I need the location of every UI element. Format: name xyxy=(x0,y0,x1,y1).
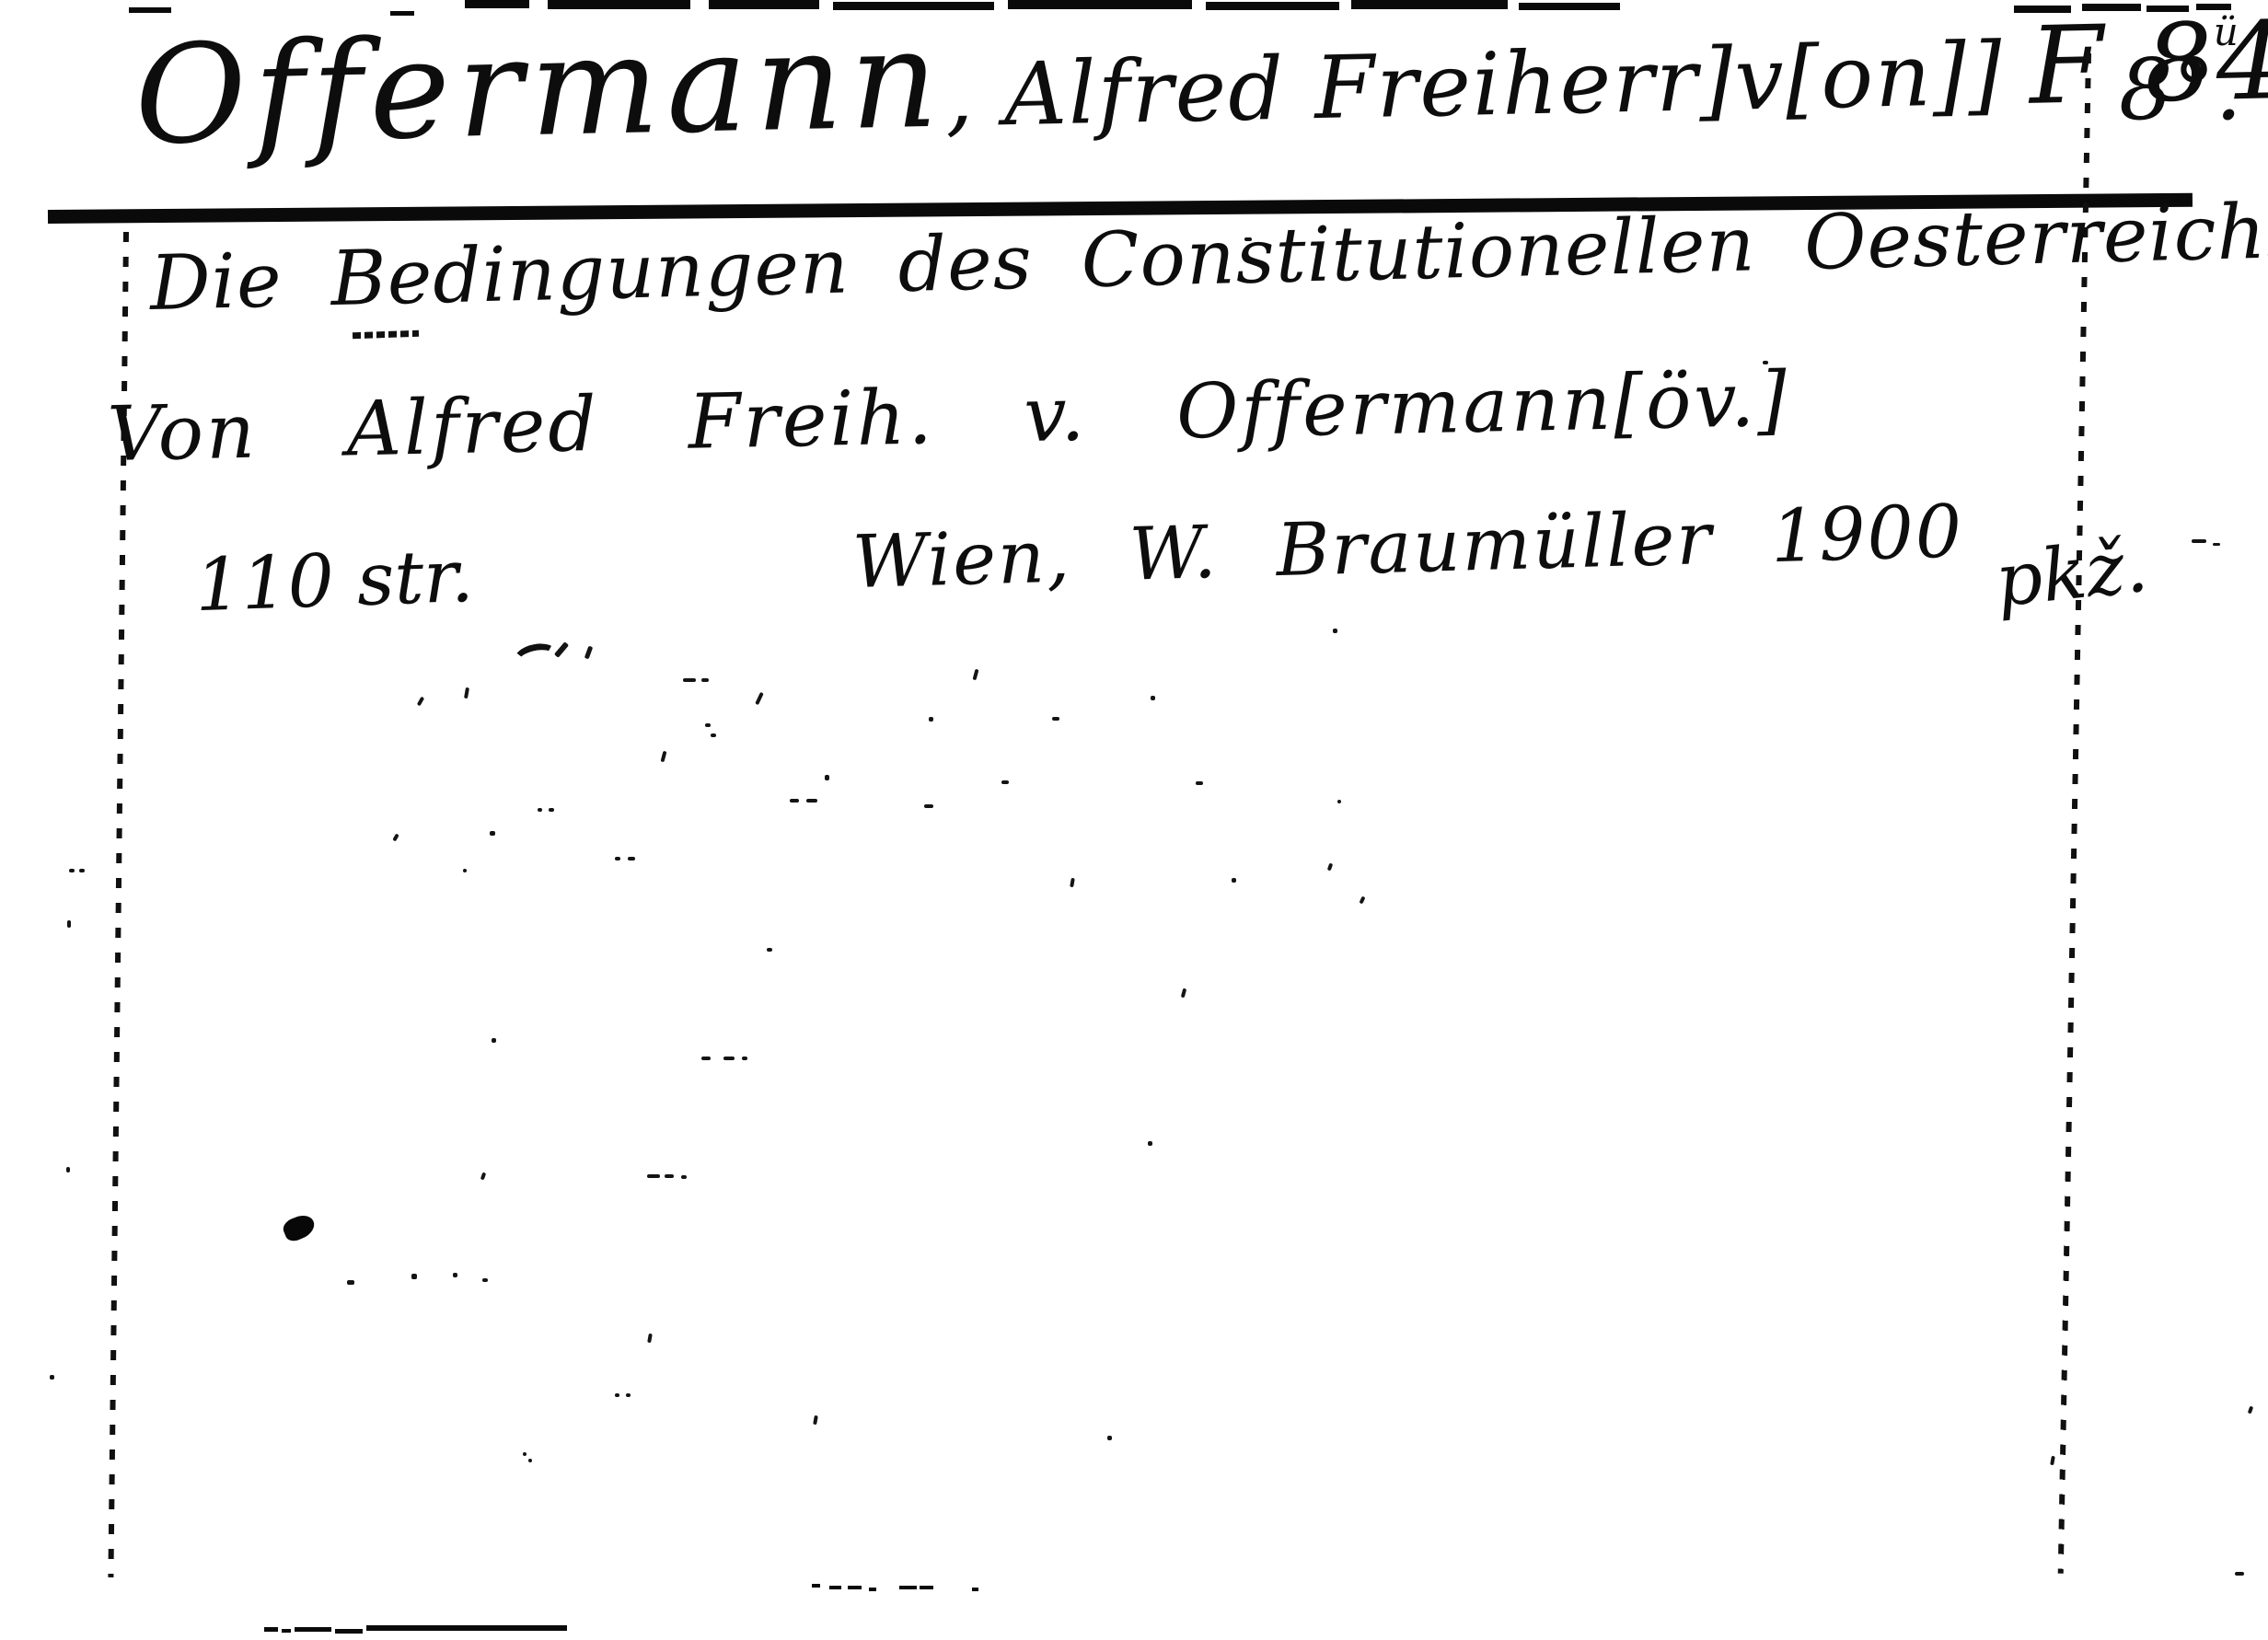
ink-speck xyxy=(464,687,469,699)
ink-speck xyxy=(767,948,772,952)
ink-speck xyxy=(417,697,424,707)
ink-speck xyxy=(2050,1456,2055,1466)
format-designation: ü 8°. xyxy=(2119,48,2242,133)
scan-edge-artifact-bottom xyxy=(848,1586,862,1589)
ink-speck xyxy=(482,1278,488,1282)
ink-speck xyxy=(681,1175,687,1179)
ink-speck xyxy=(492,1038,496,1043)
scan-edge-artifact-top xyxy=(465,0,529,8)
ink-speck xyxy=(1148,1141,1152,1146)
ink-speck xyxy=(480,1172,486,1181)
extent-text: 110 str. xyxy=(193,534,474,628)
right-margin-dotted-line xyxy=(2058,53,2091,1574)
ink-speck xyxy=(1196,781,1203,785)
imprint: Wien, W. Braumüller 1900 xyxy=(851,495,1964,599)
ink-speck xyxy=(665,1174,674,1178)
ink-speck xyxy=(411,1274,417,1279)
scan-edge-artifact-bottom xyxy=(264,1627,278,1632)
heading-line: Offermann, Alfred Freiherr]v[on]]F 849. xyxy=(133,0,2268,164)
ink-speck xyxy=(2235,1572,2244,1576)
ink-speck xyxy=(50,1375,54,1380)
ink-speck xyxy=(647,1174,660,1178)
ink-speck xyxy=(538,808,542,812)
ink-speck xyxy=(615,857,620,860)
scan-edge-artifact-bottom xyxy=(366,1625,567,1631)
ink-blob-artifact xyxy=(281,1212,318,1244)
ink-speck xyxy=(929,717,933,722)
scan-edge-artifact-bottom xyxy=(282,1629,291,1633)
ink-speck xyxy=(69,869,75,872)
cataloguer-mark-text: pkž. xyxy=(1992,524,2152,624)
ink-speck xyxy=(1151,696,1155,700)
ink-speck xyxy=(453,1273,457,1277)
ink-speck xyxy=(1070,878,1075,888)
scan-edge-artifact-bottom xyxy=(295,1627,331,1632)
author-name-qualifier: , Alfred Freiherr]v[on]] xyxy=(944,25,2005,147)
format-annotation-mark: ü xyxy=(2214,13,2239,52)
ink-speck xyxy=(528,1459,532,1462)
ink-speck xyxy=(1333,629,1337,633)
catalog-card-scan: Offermann, Alfred Freiherr]v[on]]F 849. … xyxy=(0,0,2268,1640)
scan-edge-artifact-bottom xyxy=(869,1588,876,1591)
ink-speck xyxy=(615,1393,619,1397)
ink-speck xyxy=(806,799,817,803)
ink-speck xyxy=(79,869,85,872)
ink-speck xyxy=(1181,988,1186,999)
ink-speck xyxy=(1052,717,1059,721)
imprint-text: Wien, W. Braumüller 1900 xyxy=(851,489,1964,605)
author-name: Offermann xyxy=(133,0,947,175)
ink-speck xyxy=(2213,543,2220,546)
insertion-mark xyxy=(353,330,419,340)
format-value: 8°. xyxy=(2119,40,2242,139)
ink-speck xyxy=(1337,800,1341,803)
ink-speck xyxy=(813,1415,818,1426)
scan-edge-artifact-top xyxy=(129,7,171,13)
ink-speck xyxy=(701,678,709,682)
ink-speck xyxy=(626,1393,631,1397)
ink-speck xyxy=(1001,780,1009,784)
ink-speck xyxy=(66,1167,70,1172)
scan-edge-artifact-bottom xyxy=(899,1586,917,1589)
ink-speck xyxy=(755,692,764,705)
ink-speck xyxy=(790,799,799,803)
ink-speck xyxy=(723,1057,735,1060)
ink-speck xyxy=(705,723,711,727)
scan-edge-artifact-bottom xyxy=(972,1588,978,1591)
ink-speck xyxy=(1107,1436,1112,1440)
scan-edge-artifact-bottom xyxy=(829,1586,841,1589)
ink-arc-artifact xyxy=(512,640,561,674)
ink-speck xyxy=(1359,896,1365,905)
ink-speck xyxy=(523,1452,526,1456)
statement-line: Von Alfred Freih. v. Offermann[öv.] xyxy=(107,363,1790,473)
ink-speck xyxy=(973,669,979,681)
ink-speck xyxy=(1232,878,1236,883)
ink-speck xyxy=(67,920,71,928)
ink-speck xyxy=(549,808,554,812)
scan-edge-artifact-bottom xyxy=(920,1586,933,1589)
ink-speck xyxy=(1327,863,1333,872)
extent: 110 str. xyxy=(194,540,475,623)
ink-speck xyxy=(392,834,399,842)
ink-speck xyxy=(628,857,635,860)
ink-speck xyxy=(661,751,667,763)
ink-speck xyxy=(490,831,495,836)
ink-speck xyxy=(825,775,829,780)
ink-speck xyxy=(2192,539,2206,543)
ink-speck xyxy=(683,678,696,682)
statement-text: Von Alfred Freih. v. Offermann[öv.] xyxy=(107,356,1790,479)
ink-speck xyxy=(711,733,716,737)
ink-speck xyxy=(463,869,467,872)
ink-speck xyxy=(347,1280,354,1285)
cataloguer-mark: pkž. xyxy=(1992,530,2151,618)
ink-speck xyxy=(647,1334,653,1344)
ink-speck xyxy=(2248,1406,2253,1415)
scan-edge-artifact-bottom xyxy=(335,1629,363,1634)
ink-speck xyxy=(924,804,933,808)
ink-speck xyxy=(742,1057,747,1060)
ink-speck xyxy=(584,646,593,660)
scan-edge-artifact-bottom xyxy=(812,1584,820,1588)
ink-speck xyxy=(701,1057,711,1060)
